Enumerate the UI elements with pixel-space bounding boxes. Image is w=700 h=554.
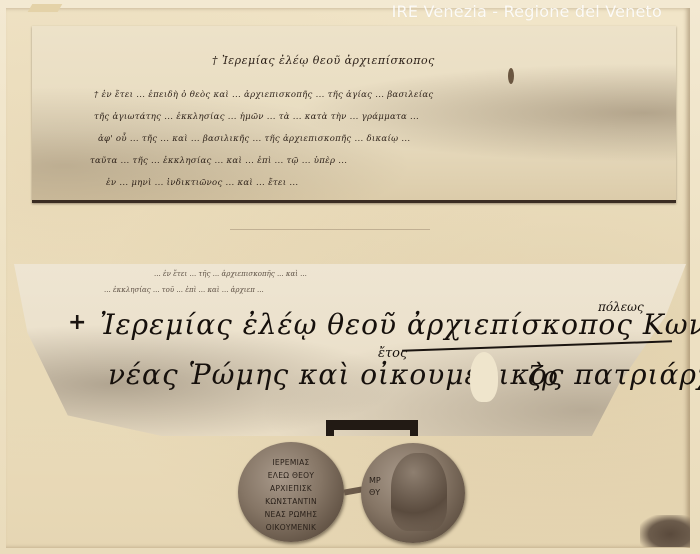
- seal-obverse: ΙΕΡΕΜΙΑΣ ΕΛΕΩ ΘΕΟΥ ΑΡΧΙΕΠΙΣΚ ΚΩΝΣΤΑΝΤΙΝ …: [238, 442, 344, 542]
- virgin-and-child-figure-icon: [391, 453, 447, 531]
- manuscript-line: ἐν ... μηνὶ ... ἰνδικτιῶνος ... καὶ ... …: [106, 178, 298, 188]
- seal-inscription-line: ΕΛΕΩ ΘΕΟΥ: [248, 469, 334, 482]
- cross-symbol: +: [68, 310, 86, 335]
- parchment-hole: [470, 352, 498, 402]
- crease-line: [230, 229, 430, 230]
- watermark: IRE Venezia - Regione del Veneto: [392, 2, 662, 21]
- manuscript-heading: † Ἰερεμίας ἐλέῳ θεοῦ ἀρχιεπίσκοπος: [212, 54, 435, 67]
- monogram-line: ΘΥ: [369, 487, 381, 499]
- date-mark: ζρ: [528, 362, 557, 392]
- small-script-line: ... ἐκκλησίας ... τοῦ ... ἐπὶ ... καὶ ..…: [104, 286, 264, 294]
- photo-mount: † Ἰερεμίας ἐλέῳ θεοῦ ἀρχιεπίσκοπος † ἐν …: [0, 0, 700, 554]
- seal-cord-end: [326, 420, 334, 436]
- torn-corner: [28, 4, 63, 12]
- signature-superscript-2: ἔτος: [378, 346, 407, 361]
- signature-superscript-1: πόλεως: [598, 300, 644, 314]
- seal-cord: [326, 420, 418, 430]
- manuscript-line: τῆς ἁγιωτάτης ... ἐκκλησίας ... ἡμῶν ...…: [94, 112, 419, 122]
- seal-inscription-line: ΙΕΡΕΜΙΑΣ: [248, 456, 334, 469]
- manuscript-line: ἀφ' οὗ ... τῆς ... καὶ ... βασιλικῆς ...…: [98, 134, 410, 144]
- manuscript-line: † ἐν ἔτει ... ἐπειδὴ ὁ θεὸς καὶ ... ἀρχι…: [94, 90, 433, 100]
- monogram-line: ΜΡ: [369, 475, 381, 487]
- bottom-manuscript: ... ἐν ἔτει ... τῆς ... ἀρχιεπισκοπῆς ..…: [14, 264, 686, 436]
- seal-reverse: ΜΡ ΘΥ: [361, 443, 465, 543]
- top-manuscript: † Ἰερεμίας ἐλέῳ θεοῦ ἀρχιεπίσκοπος † ἐν …: [32, 26, 676, 203]
- seal-inscription-line: ΚΩΝΣΤΑΝΤΙΝ: [248, 495, 334, 508]
- fold-mark: [508, 68, 514, 84]
- seal-monogram: ΜΡ ΘΥ: [369, 475, 381, 499]
- seal-inscription-line: ΑΡΧΙΕΠΙΣΚ: [248, 482, 334, 495]
- signature-line-2: νέας Ῥώμης καὶ οἰκουμενικὸς πατριάρχης: [108, 358, 700, 391]
- manuscript-line: ταῦτα ... τῆς ... ἐκκλησίας ... καὶ ... …: [90, 156, 347, 166]
- seal-cord-end: [410, 420, 418, 436]
- seal-inscription-line: ΟΙΚΟΥΜΕΝΙΚ: [248, 521, 334, 534]
- small-script-line: ... ἐν ἔτει ... τῆς ... ἀρχιεπισκοπῆς ..…: [154, 270, 307, 278]
- seal-inscription: ΙΕΡΕΜΙΑΣ ΕΛΕΩ ΘΕΟΥ ΑΡΧΙΕΠΙΣΚ ΚΩΝΣΤΑΝΤΙΝ …: [248, 456, 334, 534]
- seal-inscription-line: ΝΕΑΣ ΡΩΜΗΣ: [248, 508, 334, 521]
- damaged-corner: [640, 515, 690, 547]
